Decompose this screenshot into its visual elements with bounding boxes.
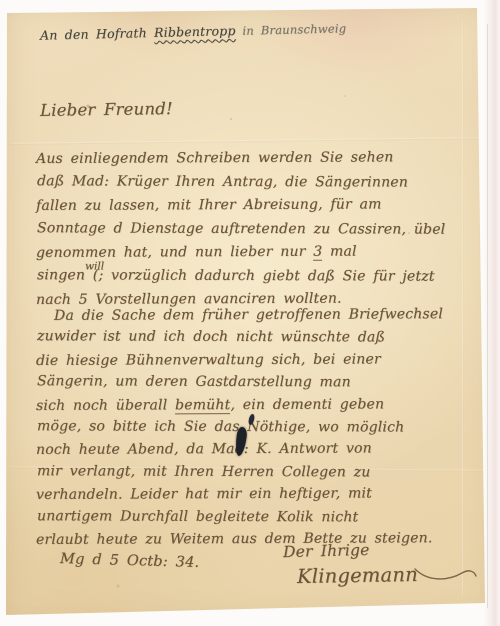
letter-line: unartigem Durchfall begleitete Kolik nic… — [37, 505, 473, 529]
letter-line: daß Mad: Krüger Ihren Antrag, die Sänger… — [37, 170, 473, 195]
inserted-word: will — [85, 255, 104, 279]
paper-crease — [10, 137, 486, 145]
letter-line: mir verlangt, mit Ihren Herren Collegen … — [37, 460, 473, 484]
annotation-recipient: Ribbentropp — [154, 23, 236, 40]
letter-line: Sängerin, um deren Gastdarstellung man — [37, 370, 473, 394]
salutation: Lieber Freund! — [40, 99, 173, 120]
paragraph-1: Aus einliegendem Schreiben werden Sie se… — [36, 147, 472, 312]
letter-line: fallen zu lassen, mit Ihrer Abreisung, f… — [36, 193, 472, 218]
letter-line: zuwider ist und ich doch nicht wünschte … — [37, 326, 473, 350]
valediction: Der Ihrige — [283, 541, 370, 561]
dateline: Mg d 5 Octb: 34. — [60, 551, 200, 571]
scan-edge-line — [487, 24, 488, 608]
paragraph-2: Da die Sache dem früher getroffenen Brie… — [36, 304, 472, 550]
line-text: , ein dementi geben — [230, 396, 384, 413]
underlined-word: bemüht — [175, 397, 230, 414]
letter-line: verhandeln. Leider hat mir ein heftiger,… — [36, 482, 472, 506]
letter-line: singenwill (; vorzüglich dadurch giebt d… — [37, 264, 473, 289]
signature-block: Klingemann — [297, 561, 478, 587]
address-annotation: An den Hofrath Ribbentropp in Braunschwe… — [40, 20, 347, 42]
line-text: genommen hat, und nun lieber nur — [36, 244, 313, 261]
line-text: (; vorzüglich dadurch giebt daß Sie für … — [85, 267, 435, 284]
letter-line: sich noch überall bemüht, ein dementi ge… — [36, 393, 472, 417]
letter-line: möge, so bitte ich Sie das Nöthige, wo m… — [37, 415, 473, 439]
scan-background: { "document_kind": "handwritten letter s… — [0, 0, 500, 626]
line-text: singen — [37, 267, 85, 283]
annotation-prefix: An den Hofrath — [40, 25, 154, 43]
signature-flourish-icon — [414, 561, 478, 583]
line-text: sich noch überall — [36, 397, 175, 414]
signature: Klingemann — [297, 563, 418, 588]
letter-line: Aus einliegendem Schreiben werden Sie se… — [36, 146, 472, 171]
line-text: mal — [322, 244, 356, 260]
letter-line: noch heute Abend, da Mad: K. Antwort von — [36, 437, 472, 461]
annotation-place: in Braunschweig — [235, 21, 346, 38]
letter-line: erlaubt heute zu Weitem aus dem Bette zu… — [36, 527, 472, 551]
letter-paper: An den Hofrath Ribbentropp in Braunschwe… — [0, 0, 500, 626]
letter-scan: An den Hofrath Ribbentropp in Braunschwe… — [0, 0, 500, 626]
letter-line: die hiesige Bühnenverwaltung sich, bei e… — [36, 348, 472, 372]
letter-line: Sonntage d Dienstage auftretenden zu Cas… — [37, 217, 473, 242]
letter-line: Da die Sache dem früher getroffenen Brie… — [36, 303, 472, 327]
